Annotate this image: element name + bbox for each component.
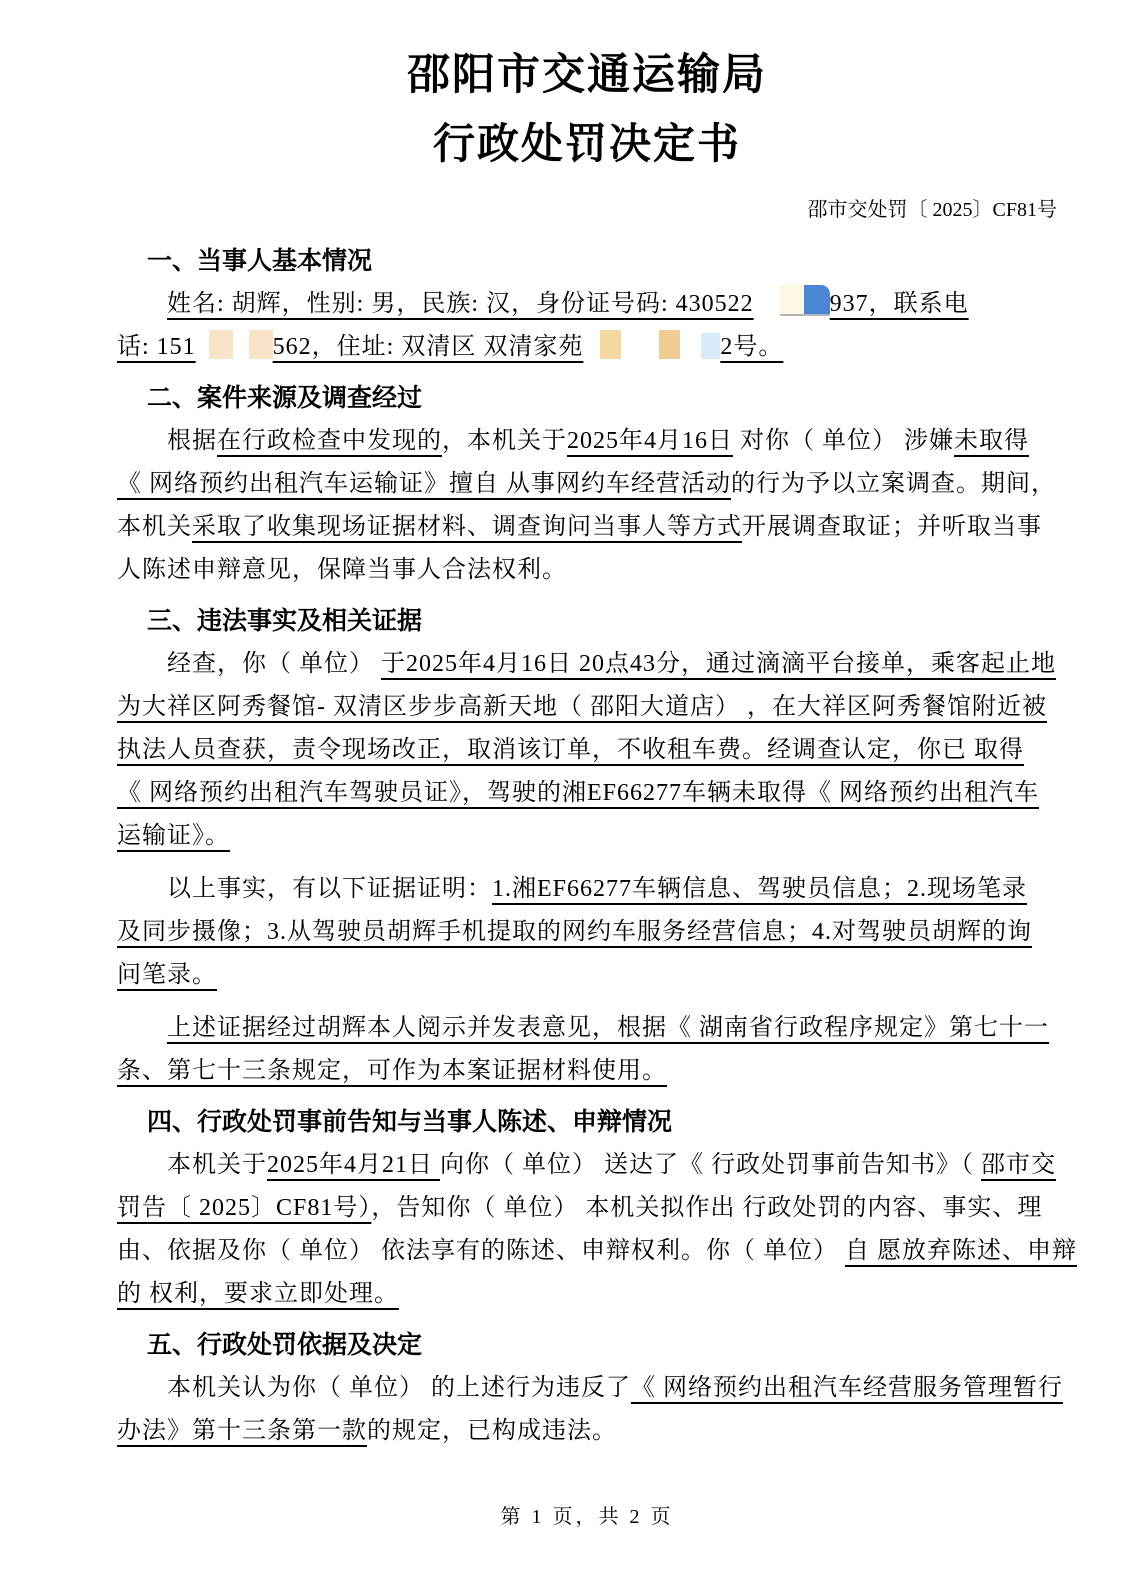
underlined-segment: 《 网络预约出租汽车运输证》擅自 从事网约车经营活动 bbox=[117, 471, 731, 497]
text-line: 为大祥区阿秀餐馆- 双清区步步高新天地（ 邵阳大道店） ，在大祥区阿秀餐馆附近被 bbox=[117, 686, 1057, 729]
underlined-segment: 及同步摄像；3.从驾驶员胡辉手机提取的网约车服务经营信息；4.对驾驶员胡辉的询 bbox=[117, 919, 1032, 945]
text-segment: 向你（ 单位） 送达了《 行政处罚事前告知书》（ bbox=[440, 1152, 981, 1178]
org-title: 邵阳市交通运输局 bbox=[117, 52, 1057, 99]
text-line: 话: 151562，住址: 双清区 双清家苑2号。 bbox=[117, 326, 1057, 369]
document-page: 邵阳市交通运输局 行政处罚决定书 邵市交处罚〔 2025〕CF81号 一、当事人… bbox=[0, 0, 1121, 1581]
redaction-box-cream bbox=[780, 285, 804, 316]
text-line: 《 网络预约出租汽车运输证》擅自 从事网约车经营活动的行为予以立案调查。期间， bbox=[117, 463, 1057, 506]
text-line: 本机关于2025年4月21日 向你（ 单位） 送达了《 行政处罚事前告知书》（ … bbox=[117, 1144, 1057, 1187]
text-line: 根据在行政检查中发现的，本机关于2025年4月16日 对你（ 单位） 涉嫌未取得 bbox=[117, 420, 1057, 463]
text-line: 《 网络预约出租汽车驾驶员证》，驾驶的湘EF66277车辆未取得《 网络预约出租… bbox=[117, 772, 1057, 815]
underlined-segment: 《 网络预约出租汽车经营服务管理暂行 bbox=[631, 1375, 1063, 1401]
text-line: 上述证据经过胡辉本人阅示并发表意见，根据《 湖南省行政程序规定》第七十一 bbox=[117, 1007, 1057, 1050]
text-line: 问笔录。 bbox=[117, 954, 1057, 997]
redaction-box-wheat2 bbox=[659, 330, 680, 359]
redaction-box-peach bbox=[209, 330, 233, 359]
redaction-box-wheat bbox=[600, 330, 621, 359]
text-line: 人陈述申辩意见，保障当事人合法权利。 bbox=[117, 549, 1057, 592]
section-heading: 五、行政处罚依据及决定 bbox=[117, 1324, 1057, 1367]
underlined-segment: 2025年4月16日 bbox=[567, 428, 733, 454]
underlined-segment: 话: 151 bbox=[117, 334, 196, 360]
text-line: 以上事实，有以下证据证明：1.湘EF66277车辆信息、驾驶员信息；2.现场笔录 bbox=[117, 868, 1057, 911]
text-segment: 人陈述申辩意见，保障当事人合法权利。 bbox=[117, 557, 567, 583]
underlined-segment: 条、第七十三条规定，可作为本案证据材料使用。 bbox=[117, 1058, 667, 1084]
redaction-box-lightblue bbox=[701, 333, 720, 359]
document-body: 一、当事人基本情况姓名: 胡辉，性别: 男，民族: 汉，身份证号码: 43052… bbox=[117, 240, 1057, 1453]
text-segment: 本机关于 bbox=[167, 1152, 267, 1178]
text-segment: 根据 bbox=[167, 428, 217, 454]
underlined-segment: 《 网络预约出租汽车驾驶员证》，驾驶的湘EF66277车辆未取得《 网络预约出租… bbox=[117, 780, 1039, 806]
text-segment: 对你（ 单位） 涉嫌 bbox=[733, 428, 954, 454]
redaction-box-peach bbox=[249, 330, 273, 359]
text-line: 经查，你（ 单位） 于2025年4月16日 20点43分，通过滴滴平台接单，乘客… bbox=[117, 643, 1057, 686]
text-segment: 经查，你（ 单位） bbox=[167, 651, 381, 677]
underlined-segment: 罚告〔 2025〕CF81号） bbox=[117, 1195, 371, 1221]
text-segment: 的规定，已构成违法。 bbox=[367, 1418, 617, 1444]
underlined-segment: 在行政检查中发现的 bbox=[217, 428, 442, 454]
doc-title: 行政处罚决定书 bbox=[117, 121, 1057, 167]
section-heading: 三、违法事实及相关证据 bbox=[117, 600, 1057, 643]
underlined-segment: 2号。 bbox=[720, 334, 783, 360]
text-line: 本机关认为你（ 单位） 的上述行为违反了《 网络预约出租汽车经营服务管理暂行 bbox=[117, 1367, 1057, 1410]
underlined-segment: 于2025年4月16日 20点43分，通过滴滴平台接单，乘客起止地 bbox=[381, 651, 1056, 677]
text-segment: 本机关认为你（ 单位） 的上述行为违反了 bbox=[167, 1375, 631, 1401]
redaction-box-blue bbox=[804, 285, 830, 316]
text-segment: 本机关 bbox=[117, 514, 192, 540]
page-footer: 第 1 页，共 2 页 bbox=[117, 1500, 1057, 1529]
text-segment: ，告知你（ 单位） 本机关拟作出 行政处罚的内容、事实、理 bbox=[371, 1195, 1042, 1221]
underlined-segment: 运输证》。 bbox=[117, 823, 230, 849]
underlined-segment: 邵市交 bbox=[981, 1152, 1056, 1178]
underlined-segment: 937，联系电 bbox=[830, 291, 969, 317]
text-segment: 由、依据及你（ 单位） 依法享有的陈述、申辩权利。你（ 单位） bbox=[117, 1238, 845, 1264]
underlined-segment: 执法人员查获，责令现场改正，取消该订单，不收租车费。经调查认定，你已 取得 bbox=[117, 737, 1024, 763]
text-line: 执法人员查获，责令现场改正，取消该订单，不收租车费。经调查认定，你已 取得 bbox=[117, 729, 1057, 772]
underlined-segment: 的 权利，要求立即处理。 bbox=[117, 1281, 399, 1307]
underlined-segment: 未取得 bbox=[954, 428, 1029, 454]
text-line: 运输证》。 bbox=[117, 815, 1057, 858]
underlined-segment: 问笔录。 bbox=[117, 962, 217, 988]
text-line: 办法》第十三条第一款的规定，已构成违法。 bbox=[117, 1410, 1057, 1453]
text-line: 的 权利，要求立即处理。 bbox=[117, 1273, 1057, 1316]
text-line: 由、依据及你（ 单位） 依法享有的陈述、申辩权利。你（ 单位） 自 愿放弃陈述、… bbox=[117, 1230, 1057, 1273]
underlined-segment: 自 愿放弃陈述、申辩 bbox=[845, 1238, 1077, 1264]
text-segment: ，本机关于 bbox=[442, 428, 567, 454]
text-segment: 开展调查取证；并听取当事 bbox=[742, 514, 1042, 540]
document-content: 邵阳市交通运输局 行政处罚决定书 邵市交处罚〔 2025〕CF81号 一、当事人… bbox=[0, 0, 1121, 1453]
text-segment: 的行为予以立案调查。期间， bbox=[731, 471, 1056, 497]
underlined-segment: 2025年4月21日 bbox=[267, 1152, 440, 1178]
underlined-segment: 办法》第十三条第一款 bbox=[117, 1418, 367, 1444]
underlined-segment: 姓名: 胡辉，性别: 男，民族: 汉，身份证号码: 430522 bbox=[167, 291, 754, 317]
text-line: 罚告〔 2025〕CF81号），告知你（ 单位） 本机关拟作出 行政处罚的内容、… bbox=[117, 1187, 1057, 1230]
doc-number: 邵市交处罚〔 2025〕CF81号 bbox=[117, 193, 1057, 222]
underlined-segment: 为大祥区阿秀餐馆- 双清区步步高新天地（ 邵阳大道店） ，在大祥区阿秀餐馆附近被 bbox=[117, 694, 1047, 720]
text-segment: 以上事实，有以下证据证明： bbox=[167, 876, 492, 902]
text-line: 姓名: 胡辉，性别: 男，民族: 汉，身份证号码: 430522937，联系电 bbox=[117, 283, 1057, 326]
text-line: 本机关采取了收集现场证据材料、调查询问当事人等方式开展调查取证；并听取当事 bbox=[117, 506, 1057, 549]
underlined-segment: 1.湘EF66277车辆信息、驾驶员信息；2.现场笔录 bbox=[492, 876, 1027, 902]
text-line: 条、第七十三条规定，可作为本案证据材料使用。 bbox=[117, 1050, 1057, 1093]
text-line: 及同步摄像；3.从驾驶员胡辉手机提取的网约车服务经营信息；4.对驾驶员胡辉的询 bbox=[117, 911, 1057, 954]
underlined-segment: 562，住址: 双清区 双清家苑 bbox=[273, 334, 584, 360]
section-heading: 二、案件来源及调查经过 bbox=[117, 377, 1057, 420]
underlined-segment: 采取了收集现场证据材料、调查询问当事人等方式 bbox=[192, 514, 742, 540]
section-heading: 四、行政处罚事前告知与当事人陈述、申辩情况 bbox=[117, 1101, 1057, 1144]
section-heading: 一、当事人基本情况 bbox=[117, 240, 1057, 283]
underlined-segment: 上述证据经过胡辉本人阅示并发表意见，根据《 湖南省行政程序规定》第七十一 bbox=[167, 1015, 1049, 1041]
